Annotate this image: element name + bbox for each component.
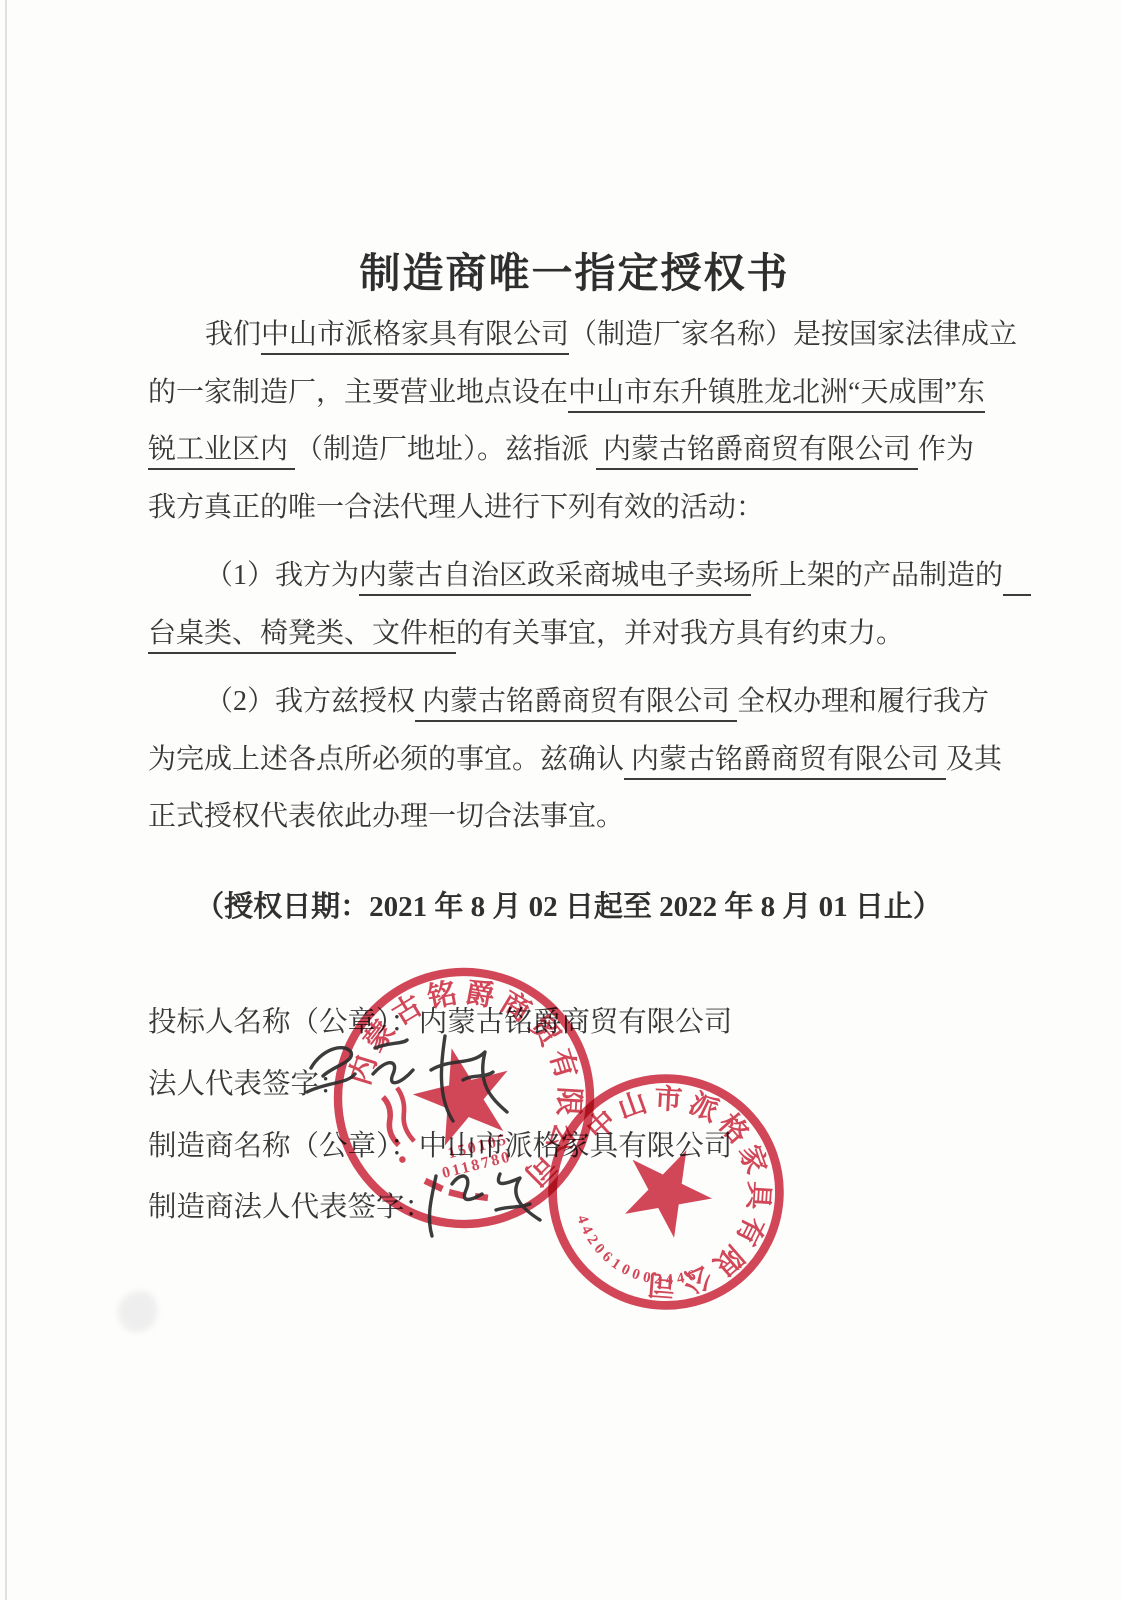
text-segment: （1）我方为 bbox=[205, 560, 359, 591]
text-line: 正式授权代表依此办理一切合法事宜。 bbox=[148, 788, 1008, 846]
underlined-agent-name: 内蒙古铭爵商贸有限公司 bbox=[624, 744, 946, 780]
text-segment: 所上架的产品制造的 bbox=[751, 560, 1003, 591]
text-segment: 我们 bbox=[205, 319, 261, 350]
manufacturer-company-seal: 中山市派格家具有限公司 4420610002446 bbox=[540, 1066, 792, 1318]
signature-stroke bbox=[307, 1048, 355, 1092]
text-segment: 为完成上述各点所必须的事宜。兹确认 bbox=[148, 744, 624, 775]
paragraph-1: 我们中山市派格家具有限公司（制造厂家名称）是按国家法律成立 的一家制造厂，主要营… bbox=[148, 306, 1008, 536]
signature-stroke bbox=[431, 1036, 507, 1121]
text-line: 的一家制造厂，主要营业地点设在中山市东升镇胜龙北洲“天成围”东 bbox=[148, 364, 1008, 422]
signature-stroke bbox=[373, 1040, 413, 1083]
text-segment: 作为 bbox=[918, 434, 974, 465]
text-segment: 正式授权代表依此办理一切合法事宜。 bbox=[148, 801, 624, 832]
scan-edge-artifact bbox=[5, 0, 7, 1600]
authorization-letter-page: 制造商唯一指定授权书 我们中山市派格家具有限公司（制造厂家名称）是按国家法律成立… bbox=[0, 0, 1121, 1600]
underlined-agent-name: 内蒙古铭爵商贸有限公司 bbox=[415, 686, 737, 722]
underlined-agent-name: 内蒙古铭爵商贸有限公司 bbox=[596, 434, 918, 470]
manufacturer-signature-scribble bbox=[408, 1158, 558, 1248]
text-segment: （制造厂家名称）是按国家法律成立 bbox=[569, 319, 1017, 350]
text-line: （2）我方兹授权 内蒙古铭爵商贸有限公司 全权办理和履行我方 bbox=[148, 673, 1008, 731]
paragraph-2: （1）我方为内蒙古自治区政采商城电子卖场所上架的产品制造的 台桌类、椅凳类、文件… bbox=[148, 547, 1008, 662]
text-line: 我方真正的唯一合法代理人进行下列有效的活动： bbox=[148, 479, 1008, 537]
underlined-address: 中山市东升镇胜龙北洲“天成围”东 bbox=[568, 377, 985, 413]
text-line: 台桌类、椅凳类、文件柜的有关事宜，并对我方具有约束力。 bbox=[148, 605, 1008, 663]
text-segment: 的有关事宜，并对我方具有约束力。 bbox=[456, 618, 904, 649]
text-segment: （制造厂地址）。兹指派 bbox=[295, 434, 596, 465]
text-segment: 我方真正的唯一合法代理人进行下列有效的活动： bbox=[148, 492, 764, 523]
paragraph-3: （2）我方兹授权 内蒙古铭爵商贸有限公司 全权办理和履行我方 为完成上述各点所必… bbox=[148, 673, 1008, 846]
signature-stroke bbox=[429, 1176, 482, 1236]
underlined-product-categories: 台桌类、椅凳类、文件柜 bbox=[148, 618, 456, 654]
text-segment: （2）我方兹授权 bbox=[205, 686, 415, 717]
scan-smudge-artifact bbox=[114, 1288, 163, 1337]
authorization-date-line: （授权日期：2021 年 8 月 02 日起至 2022 年 8 月 01 日止… bbox=[8, 884, 1121, 925]
text-segment: 及其 bbox=[946, 744, 1002, 775]
underlined-marketplace-name: 内蒙古自治区政采商城电子卖场 bbox=[359, 560, 751, 596]
document-title: 制造商唯一指定授权书 bbox=[14, 240, 1121, 299]
text-line: 为完成上述各点所必须的事宜。兹确认 内蒙古铭爵商贸有限公司 及其 bbox=[148, 731, 1008, 789]
text-segment: 全权办理和履行我方 bbox=[737, 686, 989, 717]
seal-star-icon bbox=[610, 1131, 726, 1245]
rep-signature-scribble bbox=[295, 1018, 525, 1143]
text-line: 锐工业区内 （制造厂地址）。兹指派 内蒙古铭爵商贸有限公司 作为 bbox=[148, 421, 1008, 479]
underlined-address-cont: 锐工业区内 bbox=[148, 434, 295, 470]
text-line: 我们中山市派格家具有限公司（制造厂家名称）是按国家法律成立 bbox=[148, 306, 1008, 364]
signature-stroke bbox=[496, 1174, 540, 1220]
underline-extension bbox=[1003, 560, 1031, 596]
text-line: （1）我方为内蒙古自治区政采商城电子卖场所上架的产品制造的 bbox=[148, 547, 1008, 605]
text-segment: 的一家制造厂，主要营业地点设在 bbox=[148, 377, 568, 408]
underlined-manufacturer-name: 中山市派格家具有限公司 bbox=[261, 319, 569, 355]
mongolian-script-mark bbox=[398, 1156, 406, 1164]
